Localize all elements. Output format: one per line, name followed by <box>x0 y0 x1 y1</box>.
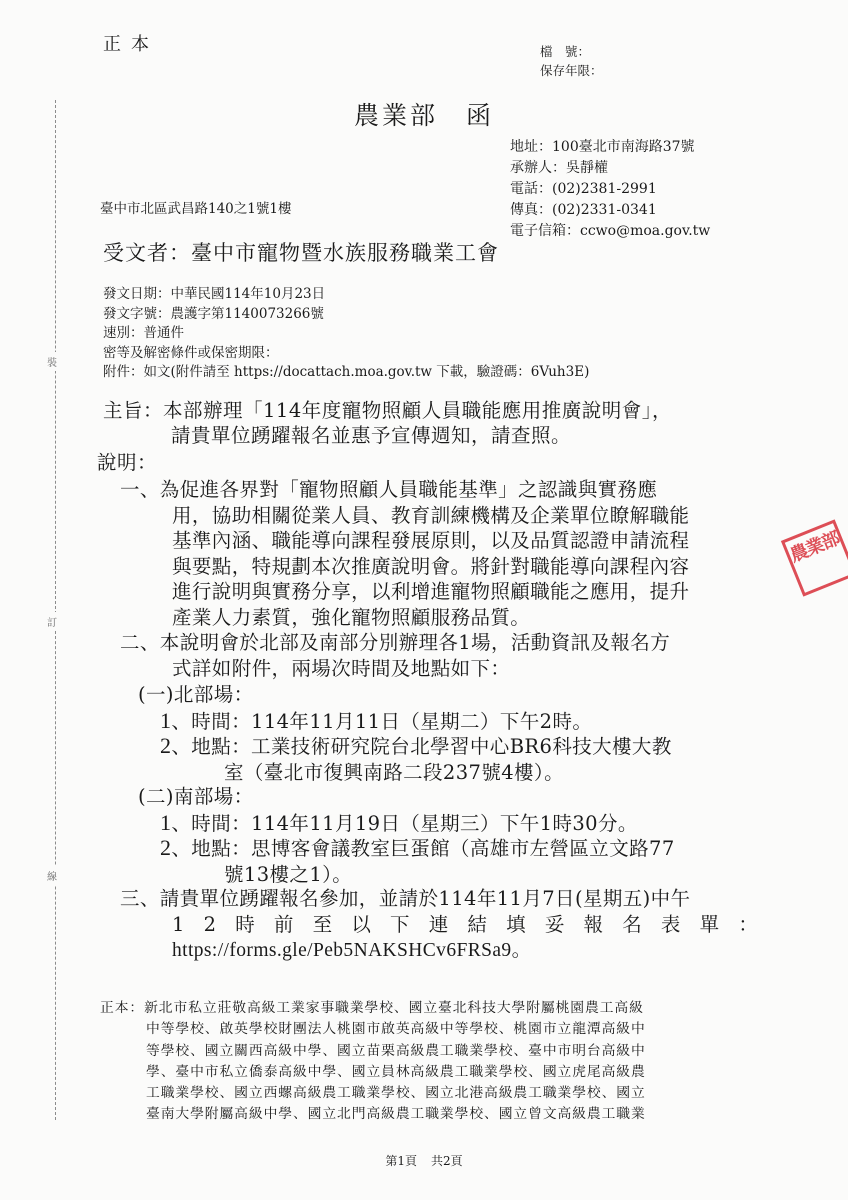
sender-phone: 電話：(02)2381-2991 <box>510 179 710 200</box>
explanation-item-1: 一、為促進各界對「寵物照顧人員職能基準」之認識與實務應 用，協助相關從業人員、教… <box>120 477 689 631</box>
explanation-item-3: 三、請貴單位踴躍報名參加，並請於114年11月7日(星期五)中午 12時前至以下… <box>120 886 777 964</box>
copy-recipients: 正本：新北市私立莊敬高級工業家事職業學校、國立臺北科技大學附屬桃園農工高級 中等… <box>100 998 646 1126</box>
sender-info: 地址：100臺北市南海路37號 承辦人：吳靜權 電話：(02)2381-2991… <box>510 137 710 242</box>
south-session-time: 1、時間：114年11月19日（星期三）下午1時30分。 <box>160 810 638 837</box>
document-meta: 發文日期：中華民國114年10月23日 發文字號：農護字第1140073266號… <box>103 285 589 383</box>
explanation-item-2: 二、本說明會於北部及南部分別辦理各1場，活動資訊及報名方 式詳如附件，兩場次時間… <box>120 630 670 681</box>
file-meta: 檔 號： 保存年限： <box>540 42 616 80</box>
page-footer: 第1頁共2頁 <box>0 1152 848 1169</box>
file-number: 檔 號： <box>540 42 616 61</box>
south-session-place: 2、地點：思博客會議教室巨蛋館（高雄市左營區立文路77 號13樓之1）。 <box>160 835 675 887</box>
official-seal-stamp: 農業部 <box>781 519 848 596</box>
sender-fax: 傳真：(02)2331-0341 <box>510 200 710 221</box>
page-number: 第1頁 <box>385 1154 417 1168</box>
attachment-info[interactable]: 附件：如文(附件請至 https://docattach.moa.gov.tw … <box>103 363 589 383</box>
recipient-address: 臺中市北區武昌路140之1號1樓 <box>100 197 291 217</box>
page-total: 共2頁 <box>431 1154 463 1168</box>
title-org: 農業部 <box>354 101 438 130</box>
subject: 主旨：本部辦理「114年度寵物照顧人員職能應用推廣說明會」， 請貴單位踴躍報名並… <box>103 398 672 448</box>
south-session-label: (二)南部場： <box>138 784 254 810</box>
binding-mark-top: 裝 <box>47 352 57 371</box>
registration-form-link[interactable]: https://forms.gle/Peb5NAKSHCv6FRSa9 <box>172 940 512 961</box>
binding-line <box>55 100 56 1120</box>
binding-mark-bottom: 線 <box>47 866 57 885</box>
sender-contact: 承辦人：吳靜權 <box>510 158 710 179</box>
explanation-label: 說明： <box>97 450 157 475</box>
sender-email[interactable]: 電子信箱：ccwo@moa.gov.tw <box>510 221 710 242</box>
title-type: 函 <box>466 101 494 130</box>
recipient: 受文者：臺中市寵物暨水族服務職業工會 <box>103 237 499 267</box>
sender-address: 地址：100臺北市南海路37號 <box>510 137 710 158</box>
retention-period: 保存年限： <box>540 61 616 80</box>
document-title: 農業部函 <box>0 96 848 132</box>
binding-mark-middle: 訂 <box>47 612 57 631</box>
copy-mark: 正本 <box>103 30 159 56</box>
delivery-speed: 速別：普通件 <box>103 324 589 344</box>
north-session-label: (一)北部場： <box>138 682 254 708</box>
north-session-place: 2、地點：工業技術研究院台北學習中心BR6科技大樓大教 室（臺北市復興南路二段2… <box>160 733 672 785</box>
document-number: 發文字號：農護字第1140073266號 <box>103 305 589 325</box>
issue-date: 發文日期：中華民國114年10月23日 <box>103 285 589 305</box>
north-session-time: 1、時間：114年11月11日（星期二）下午2時。 <box>160 708 592 735</box>
secrecy-level: 密等及解密條件或保密期限： <box>103 344 589 364</box>
